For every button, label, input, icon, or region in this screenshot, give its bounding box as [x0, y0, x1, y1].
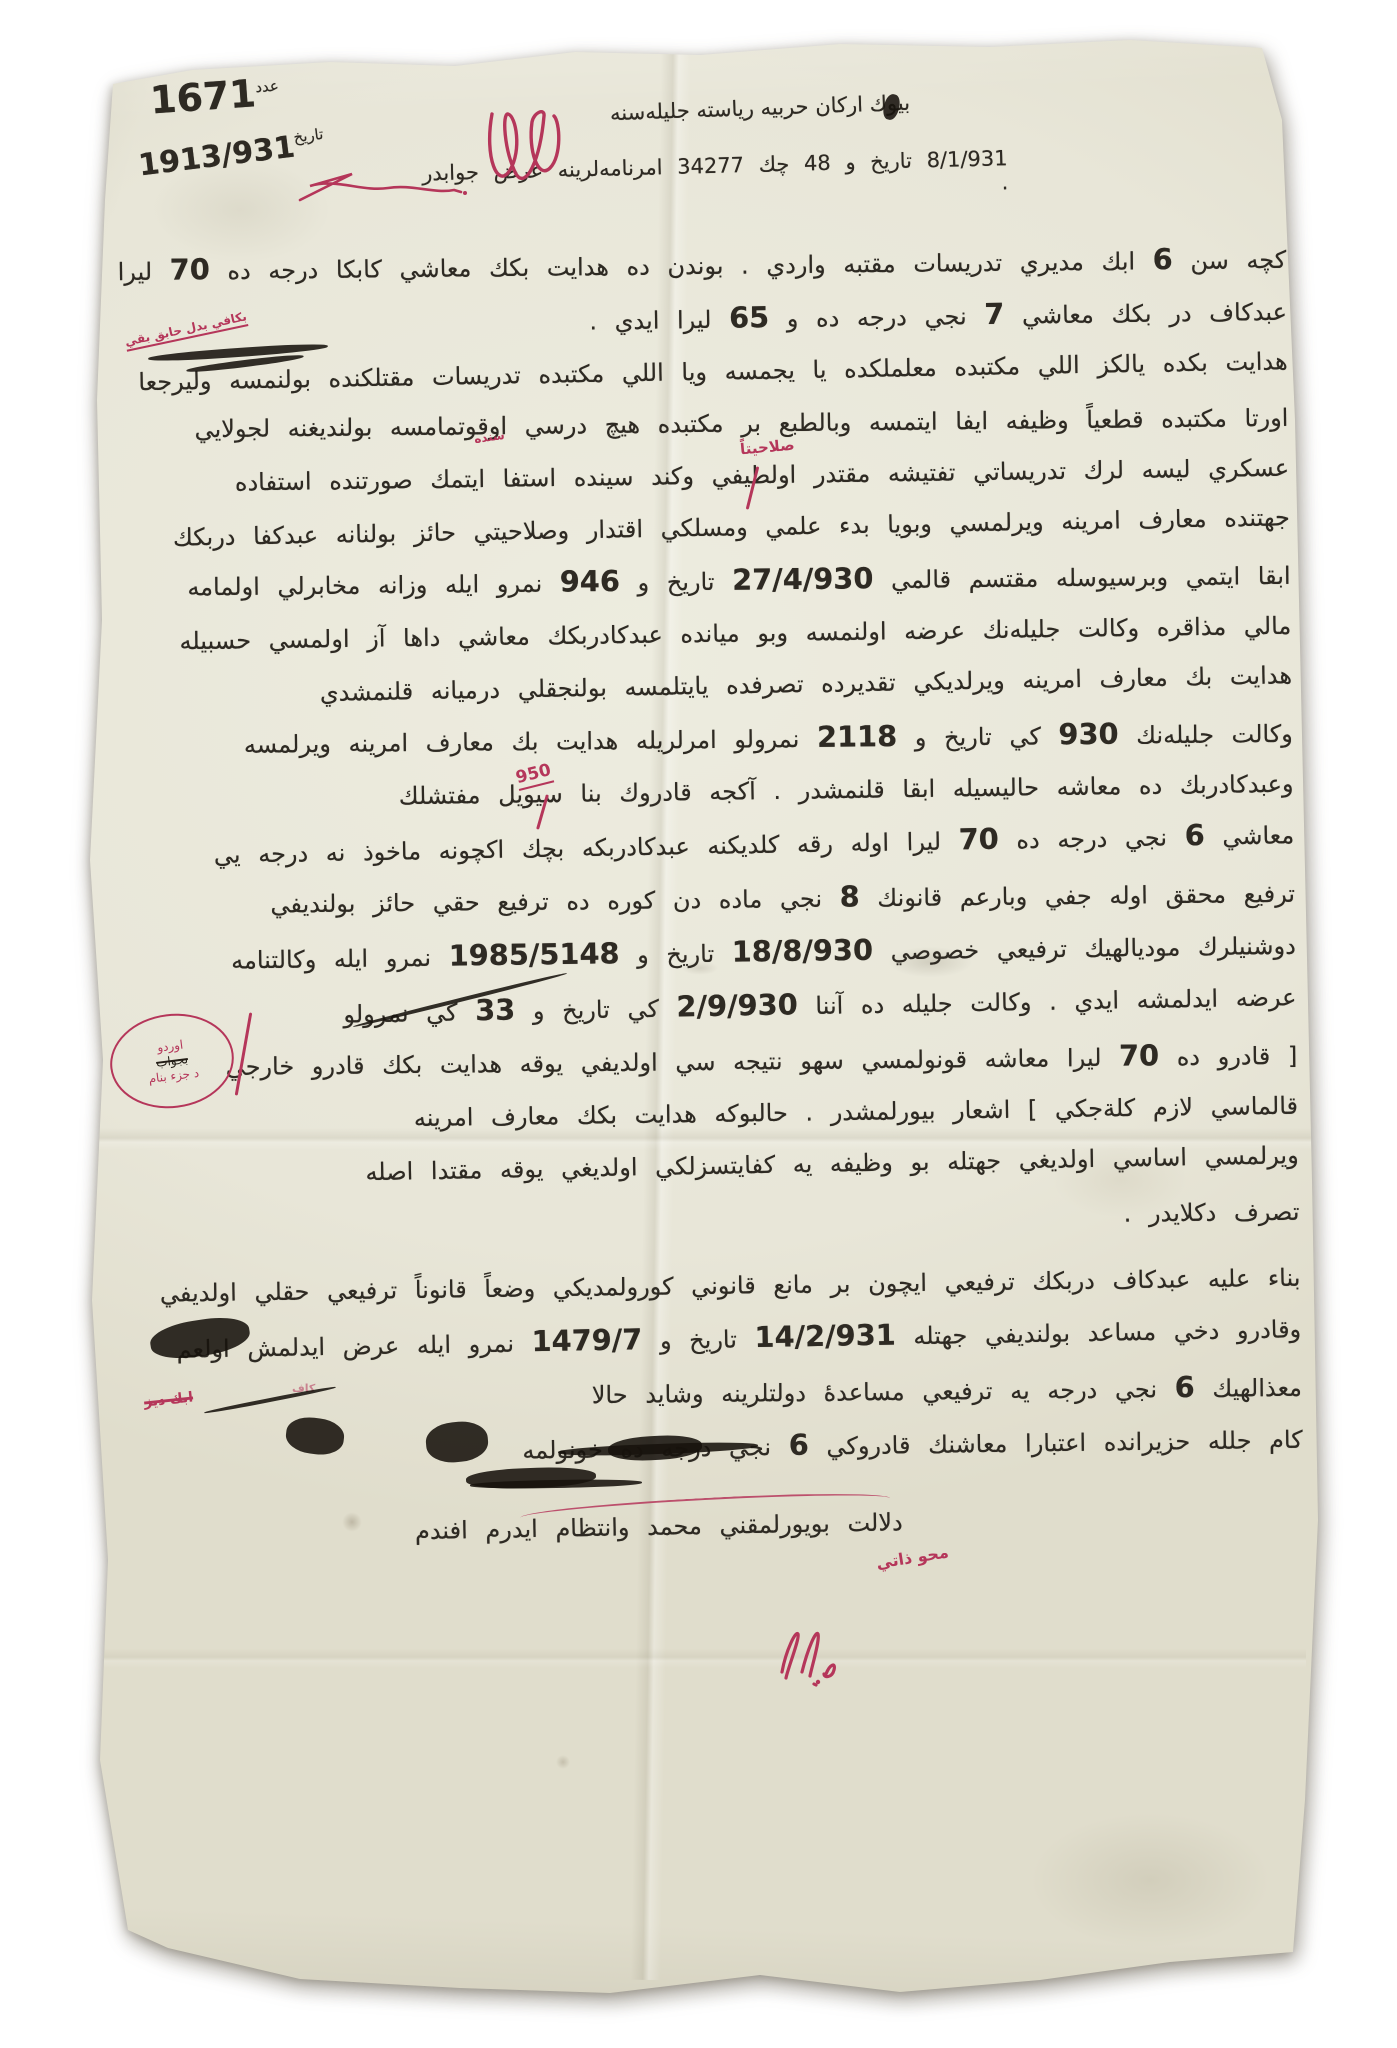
manuscript-line: تصرف دكلايدر .	[119, 1186, 1299, 1250]
manuscript-body: كچه سن 6 ابك مديري تدريسات مقتبه واردي .…	[106, 230, 1304, 1560]
red-check-scribble	[482, 106, 582, 200]
registry-date-value: 1913/931	[137, 129, 297, 183]
salutation-line: بيوك اركان حربيه رياسته جليله‌سنه	[545, 89, 976, 128]
registry-number-value: 1671	[149, 71, 258, 122]
red-circled-note-line: د جزء بنام	[148, 1065, 200, 1086]
registry-number-label: عدد	[255, 77, 280, 97]
registry-date-label: تاريخ	[292, 125, 324, 147]
registry-number: عدد1671	[149, 69, 283, 122]
paper: عدد1671 تاريخ1913/931 بيوك اركان حربيه ر…	[0, 0, 1397, 2048]
red-initials-scribble	[770, 1622, 856, 1690]
red-flourish-squiggle	[296, 166, 468, 214]
horizontal-fold-crease	[96, 1648, 1306, 1668]
scanned-document-photo: عدد1671 تاريخ1913/931 بيوك اركان حربيه ر…	[0, 0, 1397, 2048]
paper-shadow-wrapper: عدد1671 تاريخ1913/931 بيوك اركان حربيه ر…	[0, 0, 1397, 2048]
